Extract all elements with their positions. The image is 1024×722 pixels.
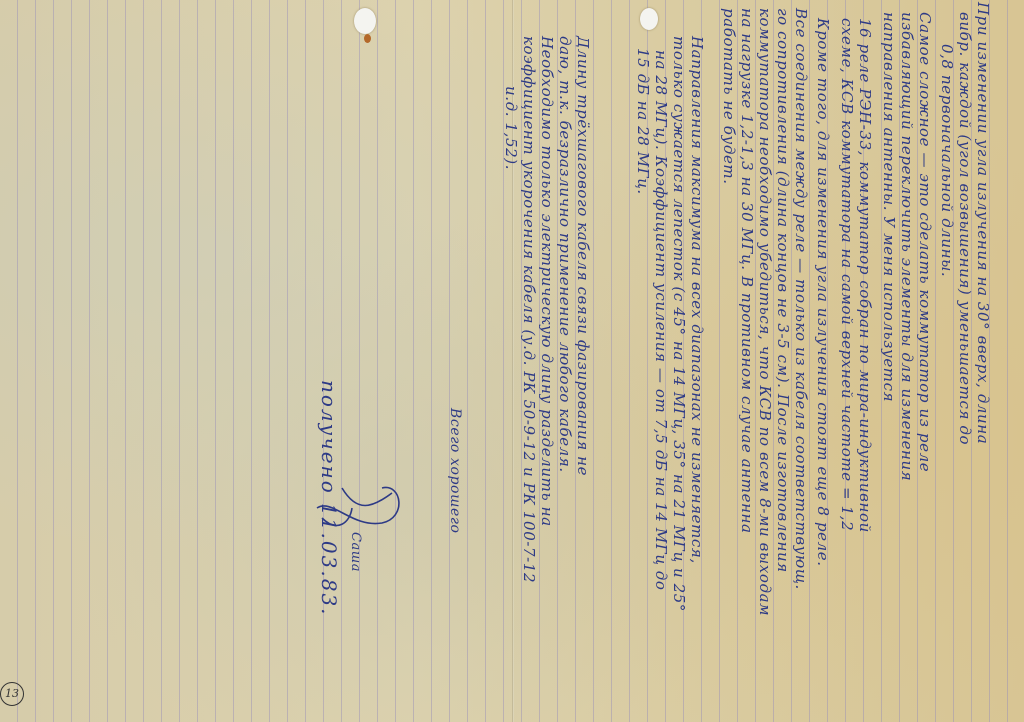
signature-icon — [302, 478, 412, 538]
document-page: При изменении угла излучения на 30° ввер… — [0, 0, 1024, 722]
text-line: Самое сложное — это сделать коммутатор и… — [916, 12, 934, 481]
text-line: на 28 МГц). Коэффициент усиления — от 7,… — [652, 50, 670, 626]
text-line: Направления максимума на всех диапазонах… — [688, 36, 706, 612]
text-line: направления антенны. У меня используется — [880, 12, 898, 481]
text-line: 0,8 первоначальной длины. — [938, 44, 956, 486]
text-line: избавляющий переключить элементы для изм… — [898, 12, 916, 481]
text-line: коэффициент укорочения кабеля (у.д. РК 5… — [520, 36, 538, 583]
paragraph-4: Кроме того, для изменения угла излучения… — [814, 18, 832, 567]
paragraph-1: При изменении угла излучения на 30° ввер… — [938, 2, 992, 444]
paragraph-5: Все соединения между реле — только из ка… — [720, 8, 810, 616]
rotated-text-sheet: При изменении угла излучения на 30° ввер… — [0, 0, 1024, 722]
closing-greeting: Всего хорошего — [446, 408, 464, 534]
text-line: Длину трёхшагового кабеля связи фазирова… — [574, 36, 592, 583]
signature-name: Саша — [346, 532, 364, 572]
text-line: и.д. 1,52). — [502, 86, 520, 633]
text-line: 16 реле РЭН-33, коммутатор собран по мир… — [856, 18, 874, 533]
paragraph-6: Направления максимума на всех диапазонах… — [634, 36, 706, 612]
text-line: Необходимо только электрическую длину ра… — [538, 36, 556, 583]
text-line: Кроме того, для изменения угла излучения… — [814, 18, 832, 567]
text-line: работать не будет. — [720, 8, 738, 616]
text-line: только сужается лепесток (с 45° на 14 МГ… — [670, 36, 688, 612]
text-line: даю, т.к. безразлично применение любого … — [556, 36, 574, 583]
paragraph-3: 16 реле РЭН-33, коммутатор собран по мир… — [838, 18, 874, 533]
text-line: на нагрузке 1,2-1,3 на 30 МГц. В противн… — [738, 8, 756, 616]
text-line: схеме, КСВ коммутатора на самой верхней … — [838, 18, 856, 533]
paragraph-7: Длину трёхшагового кабеля связи фазирова… — [502, 36, 592, 583]
text-line: Все соединения между реле — только из ка… — [792, 8, 810, 616]
text-line: 15 дБ на 28 МГц. — [634, 48, 652, 624]
text-line: При изменении угла излучения на 30° ввер… — [974, 2, 992, 444]
page-number-circle: 13 — [0, 682, 24, 706]
text-line: коммутатора необходимо убедиться, что КС… — [756, 8, 774, 616]
paragraph-2: Самое сложное — это сделать коммутатор и… — [880, 12, 934, 481]
text-line: го сопротивления (длина концов не 3-5 см… — [774, 8, 792, 616]
text-line: вибр. каждой (угол возвышения) уменьшает… — [956, 12, 974, 454]
